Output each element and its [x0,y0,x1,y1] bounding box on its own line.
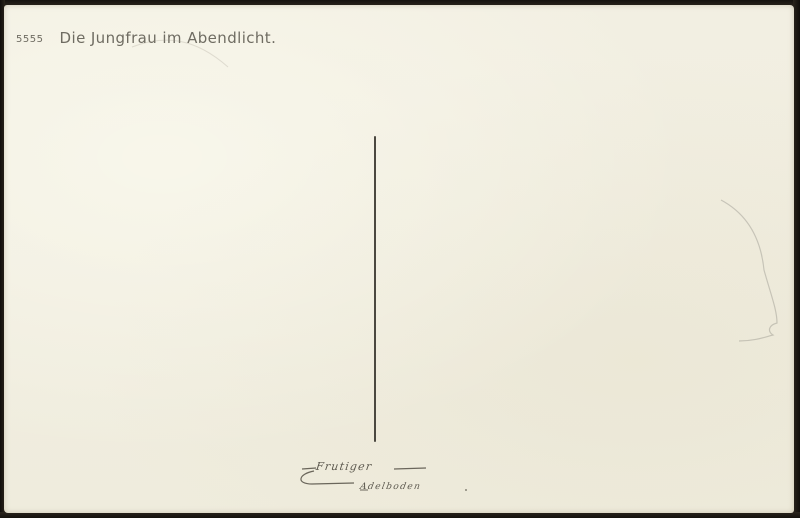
faint-pencil-curve-icon [719,195,799,365]
scan-edge-right [793,0,800,518]
imprint-publisher: Frutiger [315,460,373,473]
caption-title: Die Jungfrau im Abendlicht. [60,29,277,47]
address-divider-line [374,136,376,442]
publisher-imprint: Frutiger Adelboden [294,460,484,505]
imprint-place: Adelboden [359,482,422,492]
postcard-caption: 5555 Die Jungfrau im Abendlicht. [16,28,276,47]
caption-number: 5555 [16,34,43,45]
postcard-back: 5555 Die Jungfrau im Abendlicht. Frutige… [4,5,794,513]
scan-background: 5555 Die Jungfrau im Abendlicht. Frutige… [0,0,800,518]
